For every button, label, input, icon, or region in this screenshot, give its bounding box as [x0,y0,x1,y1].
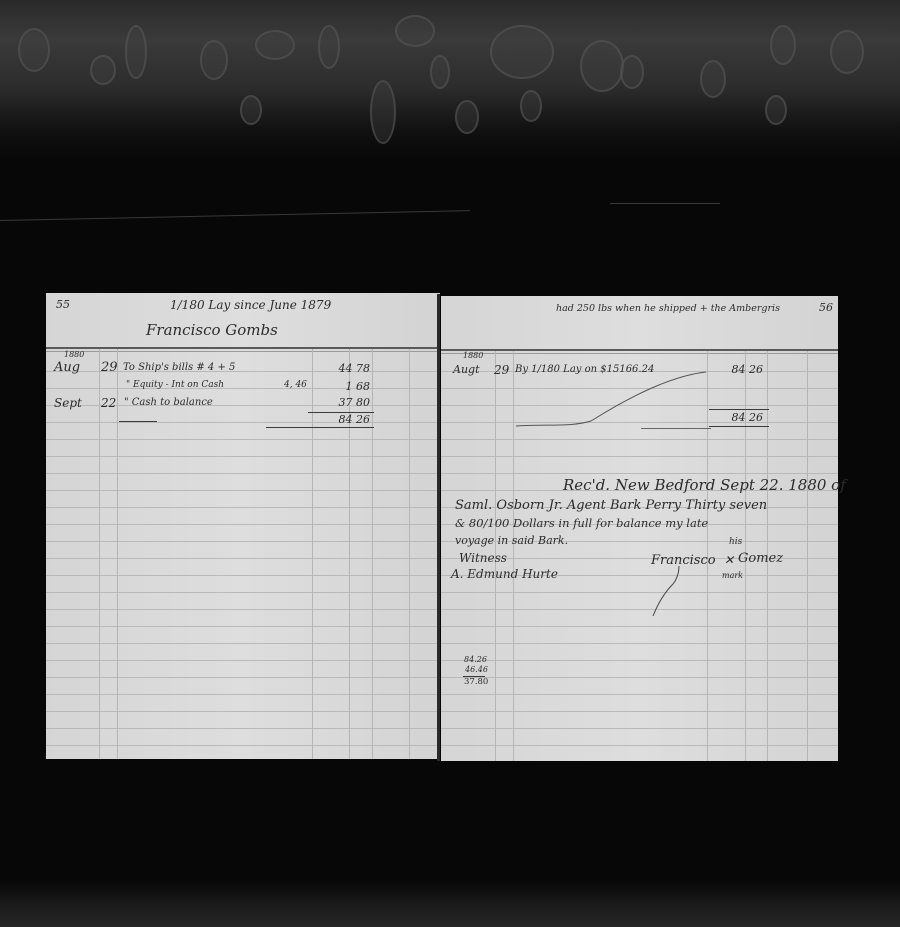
film-blemish [620,55,644,89]
flourish-line [119,421,157,422]
ledger-total: 84 26 [316,414,370,425]
header-note: 1/180 Lay since June 1879 [170,299,331,311]
calc-line: 84.26 [464,656,487,664]
microfilm-top-band [0,0,900,160]
signature-his: his [729,538,742,547]
book-gutter [437,294,440,761]
receipt-line: voyage in said Bark. [455,535,568,546]
closing-rule [709,426,769,427]
film-blemish [765,95,787,125]
film-blemish [830,30,864,74]
film-blemish [370,80,396,144]
entry-amount: 37 80 [316,397,370,408]
film-blemish [240,95,262,125]
entry-day: 22 [101,397,116,409]
film-scratch [610,203,720,204]
entry-month: Sept [54,397,82,409]
film-blemish [125,25,147,79]
calc-result: 37.80 [464,678,488,687]
ledger-page-left: 55 1/180 Lay since June 1879 Francisco G… [46,293,440,759]
microfilm-bottom-band [0,880,900,927]
signature-mark-label: mark [722,572,743,580]
signature-last-name: Gomez [738,552,783,565]
film-blemish [395,15,435,47]
entry-amount: 1 68 [316,381,370,392]
film-blemish [200,40,228,80]
witness-label: Witness [459,552,507,564]
film-blemish [430,55,450,89]
entry-description: " Cash to balance [124,398,213,408]
film-scratch [0,210,470,221]
closing-rule [641,428,711,429]
ledger-page-right: had 250 lbs when he shipped + the Amberg… [441,296,838,761]
film-blemish [490,25,554,79]
signature-first-name: Francisco [651,554,716,567]
entry-month: Aug [54,361,80,374]
film-blemish [318,25,340,69]
witness-signature: A. Edmund Hurte [451,568,558,580]
header-rule [46,351,440,352]
closing-rule [266,427,374,428]
film-blemish [18,28,50,72]
entry-day: 29 [101,361,118,374]
entry-amount: 44 78 [316,363,370,374]
film-blemish [90,55,116,85]
receipt-line: & 80/100 Dollars in full for balance my … [455,518,708,530]
calc-line: 46.46 [465,666,488,674]
account-name: Francisco Gombs [146,323,278,338]
film-blemish [520,90,542,122]
entry-description: " Equity - Int on Cash [126,381,224,390]
page-number: 55 [56,299,70,310]
sum-rule [709,409,769,410]
entry-ref: 4, 46 [284,381,307,390]
film-blemish [580,40,624,92]
ledger-total: 84 26 [703,412,763,423]
ledger-year: 1880 [64,351,84,359]
receipt-line: Rec'd. New Bedford Sept 22. 1880 of [563,478,846,493]
entry-description: To Ship's bills # 4 + 5 [123,363,235,373]
film-blemish [770,25,796,65]
header-rule [46,347,440,349]
receipt-line: Saml. Osborn Jr. Agent Bark Perry Thirty… [455,499,767,512]
film-blemish [255,30,295,60]
film-blemish [455,100,479,134]
signature-x-mark: ✕ [724,554,734,566]
film-blemish [700,60,726,98]
